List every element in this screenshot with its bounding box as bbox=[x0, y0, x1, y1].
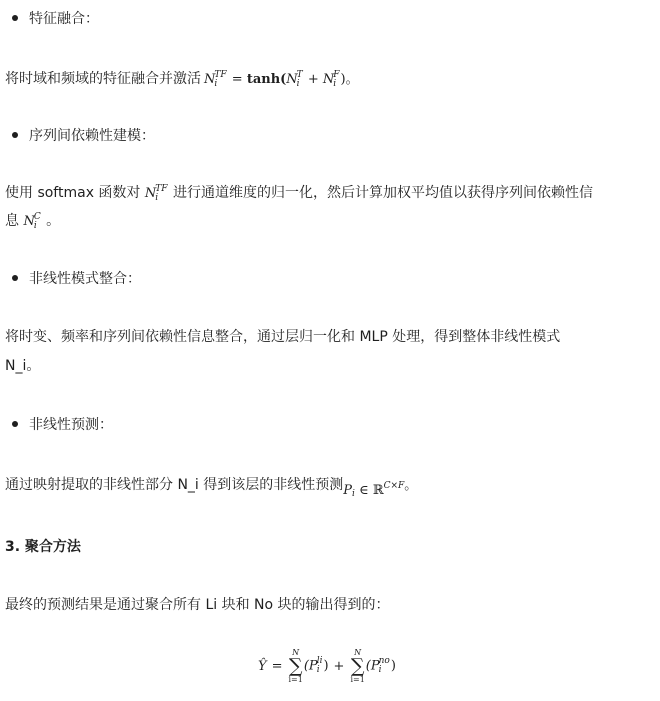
paragraph-text: 使用 softmax 函数对 bbox=[5, 185, 140, 201]
paragraph-text: 。 bbox=[46, 213, 60, 229]
y-hat-symbol: Ŷ bbox=[258, 659, 267, 674]
equals-sign: = bbox=[272, 659, 283, 674]
bullet-label: 非线性预测： bbox=[29, 414, 113, 434]
bullet-label: 非线性模式整合： bbox=[29, 268, 141, 288]
sum-icon: N ∑ i=1 bbox=[289, 648, 303, 684]
formula-P-in-R: Pi ∈ ℝC×F。 bbox=[343, 478, 417, 493]
bullet-inter-series-dependency: 序列间依赖性建模： bbox=[10, 125, 155, 145]
paragraph-text: 通过映射提取的非线性部分 N_i 得到该层的非线性预测 bbox=[5, 477, 343, 493]
paragraph-text: N_i。 bbox=[5, 358, 40, 374]
bullet-nonlinear-prediction: 非线性预测： bbox=[10, 414, 113, 434]
bullet-label: 特征融合： bbox=[29, 8, 99, 28]
aggregation-equation: Ŷ = N ∑ i=1 (Plii) + N ∑ i=1 (Pnoi) bbox=[258, 648, 396, 684]
sum-icon: N ∑ i=1 bbox=[350, 648, 364, 684]
paragraph-text: 将时变、频率和序列间依赖性信息整合，通过层归一化和 MLP 处理，得到整体非线性… bbox=[5, 329, 560, 345]
symbol-N-TF: NTFi bbox=[145, 186, 169, 201]
section-heading-aggregation: 3. 聚合方法 bbox=[5, 536, 81, 556]
paragraph-inter-series-line2: 息 NCi 。 bbox=[5, 210, 60, 233]
paragraph-inter-series-line1: 使用 softmax 函数对 NTFi 进行通道维度的归一化，然后计算加权平均值… bbox=[5, 182, 593, 205]
paragraph-nonlinear-integration-line1: 将时变、频率和序列间依赖性信息整合，通过层归一化和 MLP 处理，得到整体非线性… bbox=[5, 326, 560, 348]
formula-tanh: NTFi = tanh(NTi + NFi)。 bbox=[201, 72, 359, 87]
symbol-N-C: NCi bbox=[23, 214, 41, 229]
paragraph-text: 进行通道维度的归一化，然后计算加权平均值以获得序列间依赖性信 bbox=[173, 185, 593, 201]
paragraph-aggregation: 最终的预测结果是通过聚合所有 Li 块和 No 块的输出得到的： bbox=[5, 594, 390, 616]
term-li: (Plii) bbox=[304, 657, 329, 675]
paragraph-text: 最终的预测结果是通过聚合所有 Li 块和 No 块的输出得到的： bbox=[5, 597, 390, 613]
bullet-dot-icon bbox=[12, 421, 18, 427]
bullet-dot-icon bbox=[12, 132, 18, 138]
bullet-feature-fusion: 特征融合： bbox=[10, 8, 99, 28]
plus-sign: + bbox=[334, 659, 345, 674]
paragraph-nonlinear-integration-line2: N_i。 bbox=[5, 355, 40, 377]
bullet-label: 序列间依赖性建模： bbox=[29, 125, 155, 145]
bullet-dot-icon bbox=[12, 275, 18, 281]
paragraph-text: 将时域和频域的特征融合并激活 bbox=[5, 71, 201, 87]
paragraph-text: 息 bbox=[5, 213, 19, 229]
bullet-nonlinear-integration: 非线性模式整合： bbox=[10, 268, 141, 288]
term-no: (Pnoi) bbox=[366, 657, 396, 675]
bullet-dot-icon bbox=[12, 15, 18, 21]
paragraph-feature-fusion: 将时域和频域的特征融合并激活NTFi = tanh(NTi + NFi)。 bbox=[5, 68, 359, 91]
paragraph-nonlinear-prediction: 通过映射提取的非线性部分 N_i 得到该层的非线性预测Pi ∈ ℝC×F。 bbox=[5, 474, 417, 505]
